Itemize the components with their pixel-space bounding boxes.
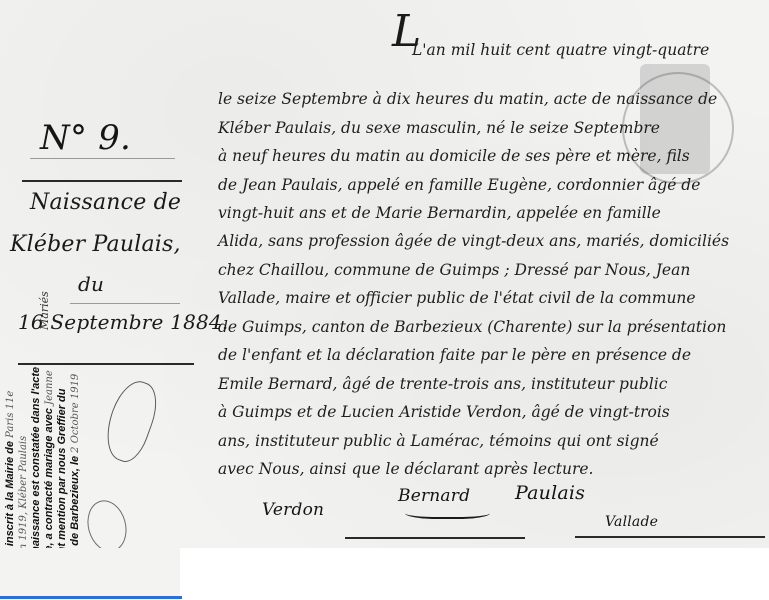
margin-strip-bottom	[0, 548, 180, 600]
body-line-6: vingt-huit ans et de Marie Bernardin, ap…	[218, 203, 661, 223]
margin-divider-top	[22, 180, 182, 182]
signature-verdon: Verdon	[262, 500, 324, 520]
body-line-13: à Guimps et de Lucien Aristide Verdon, â…	[218, 402, 670, 422]
body-line-1: L'an mil huit cent quatre vingt-quatre	[412, 40, 709, 60]
scan-edge-line	[0, 596, 182, 599]
margin-vertical-note: Mariés	[38, 291, 51, 330]
margin-du-underline	[70, 303, 180, 304]
signature-vallade: Vallade	[605, 514, 658, 530]
body-line-4: à neuf heures du matin au domicile de se…	[218, 146, 690, 166]
body-line-7: Alida, sans profession âgée de vingt-deu…	[218, 231, 729, 251]
body-line-2: le seize Septembre à dix heures du matin…	[218, 89, 717, 109]
greffier-signature-flourish	[97, 375, 165, 466]
annotation-line3: dont la naissance est constatée dans l'a…	[30, 342, 43, 548]
bernard-flourish	[405, 505, 490, 519]
scan-background	[180, 548, 769, 600]
body-line-8: chez Chaillou, commune de Guimps ; Dress…	[218, 260, 690, 280]
margin-title-line3: du	[78, 272, 104, 296]
signature-paulais: Paulais	[515, 482, 585, 504]
annotation-line5: Dont mention par nous Greffier du	[56, 342, 69, 548]
annotation-line6: Tribunal de Barbezieux, le 2 Octobre 191…	[69, 342, 82, 548]
body-line-9: Vallade, maire et officier public de l'é…	[218, 288, 696, 308]
register-page: N° 9. Naissance de Kléber Paulais, du 16…	[0, 0, 769, 548]
margin-signature-loop	[82, 496, 132, 548]
annotation-line4: ci-contre, a contracté mariage avec Jean…	[43, 342, 56, 548]
body-line-15: avec Nous, ainsi que le déclarant après …	[218, 459, 593, 479]
body-line-14: ans, instituteur public à Lamérac, témoi…	[218, 431, 659, 451]
signature-underline-right	[575, 536, 765, 538]
entry-number-underline	[30, 158, 175, 159]
body-line-5: de Jean Paulais, appelé en famille Eugèn…	[218, 175, 700, 195]
entry-number: N° 9.	[40, 118, 131, 158]
margin-title-line2: Kléber Paulais,	[10, 232, 181, 257]
annotation-line2: le 29 Juin 1919, Kléber Paulais	[17, 342, 30, 548]
body-line-3: Kléber Paulais, du sexe masculin, né le …	[218, 118, 660, 138]
body-line-11: de l'enfant et la déclaration faite par …	[218, 345, 691, 365]
annotation-line1: Par acte inscrit à la Mairie de Paris 11…	[4, 342, 17, 548]
body-line-10: de Guimps, canton de Barbezieux (Charent…	[218, 317, 726, 337]
margin-title-line1: Naissance de	[30, 190, 181, 215]
signature-underline-left	[345, 537, 525, 539]
marriage-annotation: Par acte inscrit à la Mairie de Paris 11…	[4, 342, 82, 548]
body-line-12: Emile Bernard, âgé de trente-trois ans, …	[218, 374, 667, 394]
signature-bernard: Bernard	[398, 486, 470, 506]
